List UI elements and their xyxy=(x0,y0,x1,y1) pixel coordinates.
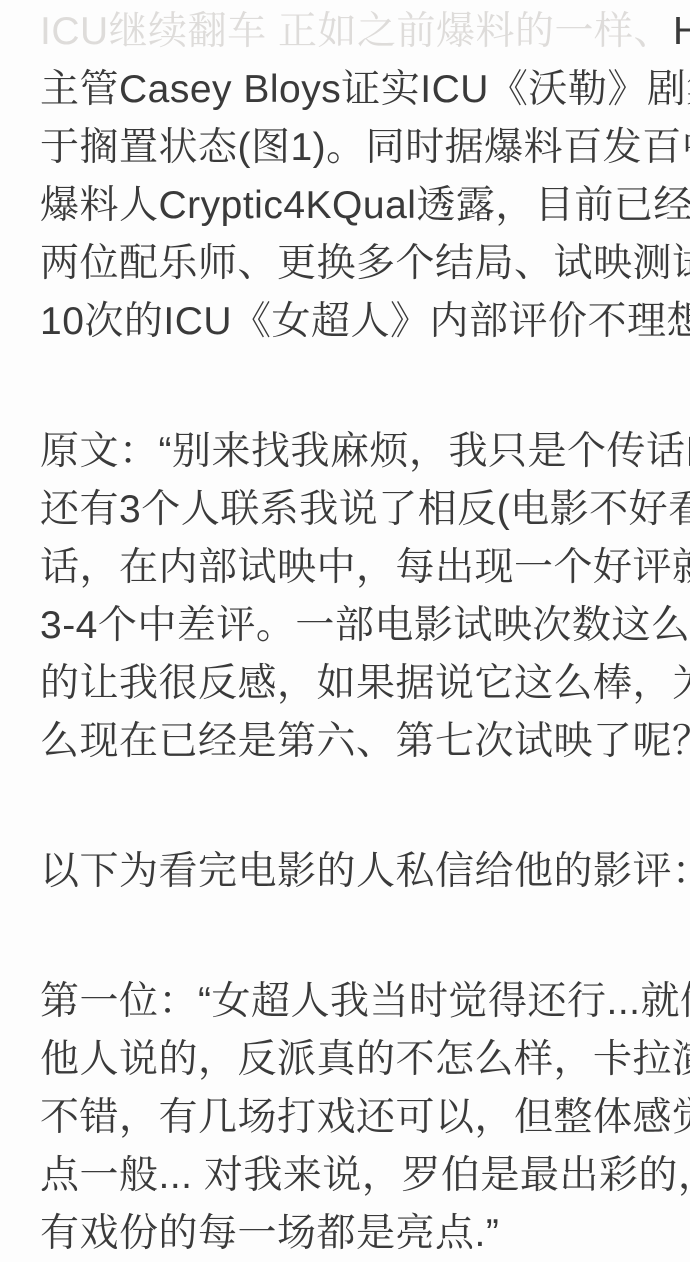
text-line: 以下为看完电影的人私信给他的影评： xyxy=(40,843,670,901)
text-line: 原文：“别来找我麻烦，我只是个传话的。 xyxy=(40,423,670,481)
text-line: 还有3个人联系我说了相反(电影不好看)的 xyxy=(40,481,670,539)
text-line: 于搁置状态(图1)。同时据爆料百发百中的 xyxy=(40,119,670,177)
text-line: 他人说的，反派真的不怎么样，卡拉演得 xyxy=(40,1031,670,1089)
text-line: 爆料人Cryptic4KQual透露，目前已经更换 xyxy=(40,177,670,235)
article-text-body: ICU继续翻车 正如之前爆料的一样、HBO 主管Casey Bloys证实ICU… xyxy=(40,3,670,1262)
text-line: 么现在已经是第六、第七次试映了呢？” xyxy=(40,713,670,771)
text-line-faded-intro: ICU继续翻车 正如之前爆料的一样、HBO xyxy=(40,3,670,61)
text-line: 点一般... 对我来说，罗伯是最出彩的，他 xyxy=(40,1147,670,1205)
text-line: 不错，有几场打戏还可以，但整体感觉有 xyxy=(40,1089,670,1147)
paragraph-first-review: 第一位：“女超人我当时觉得还行...就像其 他人说的，反派真的不怎么样，卡拉演得… xyxy=(40,973,670,1262)
faded-leak-text: ICU继续翻车 正如之前爆料的一样、 xyxy=(40,10,673,53)
text-line: 的让我很反感，如果据说它这么棒，为什 xyxy=(40,655,670,713)
paragraph-original-quote: 原文：“别来找我麻烦，我只是个传话的。 还有3个人联系我说了相反(电影不好看)的… xyxy=(40,423,670,771)
hbo-label: HBO xyxy=(673,10,690,53)
text-line: 两位配乐师、更换多个结局、试映测试快 xyxy=(40,235,670,293)
text-line: 10次的ICU《女超人》内部评价不理想. xyxy=(40,293,670,351)
paragraph-reviews-header: 以下为看完电影的人私信给他的影评： xyxy=(40,843,670,901)
text-line: 3-4个中差评。一部电影试映次数这么多真 xyxy=(40,597,670,655)
text-line: 第一位：“女超人我当时觉得还行...就像其 xyxy=(40,973,670,1031)
text-line: 有戏份的每一场都是亮点.” xyxy=(40,1205,670,1262)
paragraph-news-intro: ICU继续翻车 正如之前爆料的一样、HBO 主管Casey Bloys证实ICU… xyxy=(40,3,670,351)
text-line: 话，在内部试映中，每出现一个好评就有 xyxy=(40,539,670,597)
article-screenshot: ICU继续翻车 正如之前爆料的一样、HBO 主管Casey Bloys证实ICU… xyxy=(0,0,690,1262)
text-line: 主管Casey Bloys证实ICU《沃勒》剧集处 xyxy=(40,61,670,119)
